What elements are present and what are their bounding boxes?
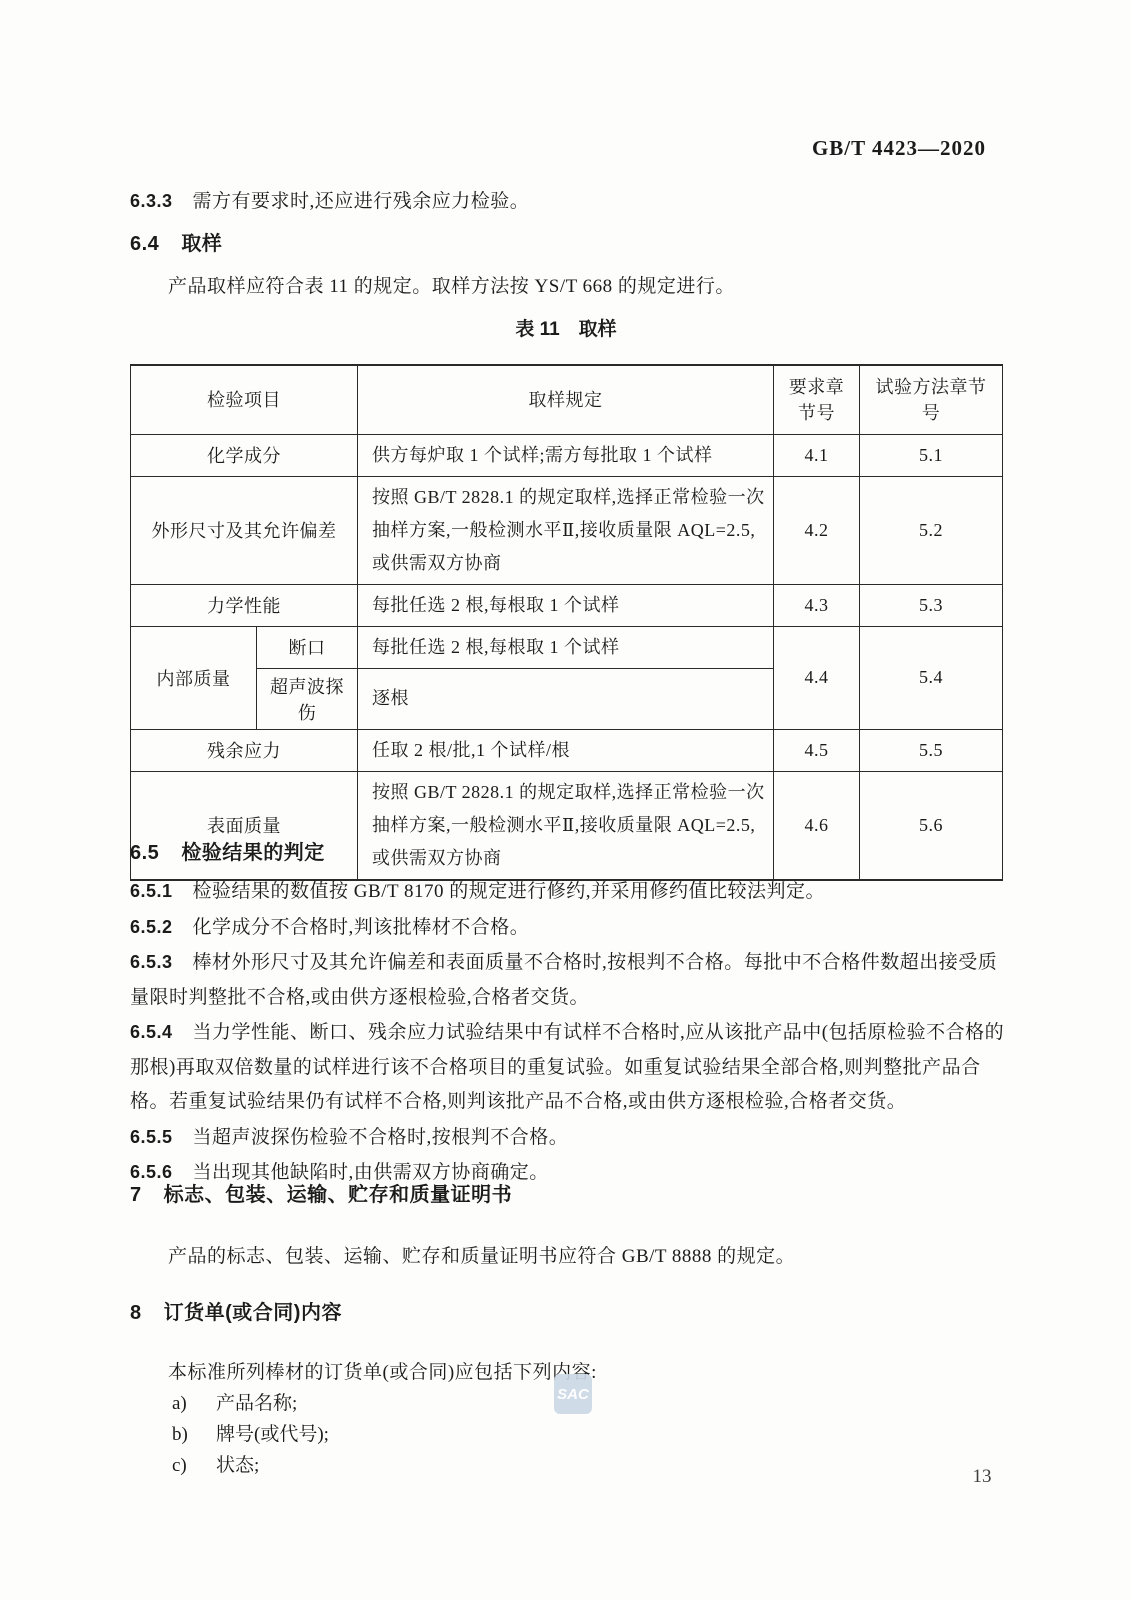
col-header-req: 要求章 节号	[774, 365, 860, 434]
table-header-row: 检验项目 取样规定 要求章 节号 试验方法章节号	[131, 365, 1003, 434]
list-text: 产品名称;	[216, 1393, 297, 1414]
list-letter: b)	[172, 1419, 216, 1450]
clause-text: 棒材外形尺寸及其允许偏差和表面质量不合格时,按根判不合格。每批中不合格件数超出接…	[130, 952, 997, 1008]
cell-sub-item: 超声波探伤	[257, 668, 358, 729]
heading-number: 7	[130, 1184, 142, 1206]
table-row: 残余应力 任取 2 根/批,1 个试样/根 4.5 5.5	[131, 729, 1003, 771]
col-header-req-line2: 节号	[798, 403, 835, 423]
clause-number: 6.5.3	[130, 952, 173, 972]
cell-sub-item: 断口	[257, 626, 358, 668]
clause-number: 6.5.1	[130, 881, 173, 901]
col-header-rule: 取样规定	[358, 365, 774, 434]
heading-number: 6.5	[130, 842, 159, 864]
cell-item: 化学成分	[131, 434, 358, 476]
cell-rule: 按照 GB/T 2828.1 的规定取样,选择正常检验一次抽样方案,一般检测水平…	[358, 771, 774, 880]
cell-method: 5.2	[860, 476, 1003, 584]
cell-item: 外形尺寸及其允许偏差	[131, 476, 358, 584]
cell-method: 5.3	[860, 584, 1003, 626]
heading-title: 标志、包装、运输、贮存和质量证明书	[164, 1184, 513, 1206]
clause-6-5-1: 6.5.1检验结果的数值按 GB/T 8170 的规定进行修约,并采用修约值比较…	[130, 874, 1010, 910]
document-page: GB/T 4423—2020 6.3.3需方有要求时,还应进行残余应力检验。 6…	[0, 0, 1131, 1600]
cell-rule: 按照 GB/T 2828.1 的规定取样,选择正常检验一次抽样方案,一般检测水平…	[358, 476, 774, 584]
cell-rule: 每批任选 2 根,每根取 1 个试样	[358, 626, 774, 668]
cell-item: 内部质量	[131, 626, 257, 729]
table-row: 力学性能 每批任选 2 根,每根取 1 个试样 4.3 5.3	[131, 584, 1003, 626]
cell-method: 5.6	[860, 771, 1003, 880]
list-item-a: a)产品名称;	[172, 1388, 1012, 1419]
heading-6-5: 6.5检验结果的判定	[130, 836, 325, 865]
clause-text: 化学成分不合格时,判该批棒材不合格。	[193, 917, 530, 938]
clause-6-5-2: 6.5.2化学成分不合格时,判该批棒材不合格。	[130, 910, 1010, 946]
para-7: 产品的标志、包装、运输、贮存和质量证明书应符合 GB/T 8888 的规定。	[168, 1240, 1010, 1274]
clause-number: 6.5.4	[130, 1022, 173, 1042]
list-text: 牌号(或代号);	[216, 1424, 329, 1445]
cell-method: 5.1	[860, 434, 1003, 476]
table-11-title: 表 11 取样	[130, 314, 1002, 341]
cell-req: 4.3	[774, 584, 860, 626]
clause-number: 6.3.3	[130, 191, 173, 211]
clause-6-3-3: 6.3.3需方有要求时,还应进行残余应力检验。	[130, 184, 1010, 219]
clause-text: 当超声波探伤检验不合格时,按根判不合格。	[193, 1127, 569, 1148]
heading-7: 7标志、包装、运输、贮存和质量证明书	[130, 1178, 512, 1207]
list-letter: c)	[172, 1450, 216, 1481]
list-item-b: b)牌号(或代号);	[172, 1419, 1012, 1450]
cell-req: 4.5	[774, 729, 860, 771]
heading-title: 检验结果的判定	[181, 842, 325, 864]
list-item-c: c)状态;	[172, 1450, 1012, 1481]
clause-text: 当力学性能、断口、残余应力试验结果中有试样不合格时,应从该批产品中(包括原检验不…	[130, 1022, 1004, 1112]
heading-8: 8订货单(或合同)内容	[130, 1296, 342, 1325]
col-header-method: 试验方法章节号	[860, 365, 1003, 434]
table-row: 化学成分 供方每炉取 1 个试样;需方每批取 1 个试样 4.1 5.1	[131, 434, 1003, 476]
page-number: 13	[960, 1466, 1004, 1488]
heading-number: 6.4	[130, 233, 159, 255]
cell-rule: 逐根	[358, 668, 774, 729]
list-letter: a)	[172, 1388, 216, 1419]
cell-rule: 任取 2 根/批,1 个试样/根	[358, 729, 774, 771]
heading-6-4: 6.4取样	[130, 227, 222, 256]
clause-6-5-5: 6.5.5当超声波探伤检验不合格时,按根判不合格。	[130, 1120, 1010, 1156]
para-6-4: 产品取样应符合表 11 的规定。取样方法按 YS/T 668 的规定进行。	[168, 270, 1010, 304]
clause-6-5-4: 6.5.4当力学性能、断口、残余应力试验结果中有试样不合格时,应从该批产品中(包…	[130, 1015, 1010, 1120]
order-content-list: a)产品名称; b)牌号(或代号); c)状态;	[172, 1388, 1012, 1481]
col-header-req-line1: 要求章	[789, 377, 845, 397]
list-text: 状态;	[216, 1455, 259, 1476]
cell-method: 5.5	[860, 729, 1003, 771]
cell-req: 4.6	[774, 771, 860, 880]
cell-req: 4.4	[774, 626, 860, 729]
table-row: 内部质量 断口 每批任选 2 根,每根取 1 个试样 4.4 5.4	[131, 626, 1003, 668]
clause-text: 需方有要求时,还应进行残余应力检验。	[193, 191, 530, 212]
sac-watermark-badge: SAC	[554, 1374, 592, 1414]
cell-rule: 每批任选 2 根,每根取 1 个试样	[358, 584, 774, 626]
table-11-sampling: 检验项目 取样规定 要求章 节号 试验方法章节号 化学成分 供方每炉取 1 个试…	[130, 364, 1003, 881]
doc-code-header: GB/T 4423—2020	[812, 136, 986, 161]
cell-req: 4.2	[774, 476, 860, 584]
heading-title: 订货单(或合同)内容	[164, 1302, 342, 1324]
clause-number: 6.5.5	[130, 1127, 173, 1147]
clause-text: 检验结果的数值按 GB/T 8170 的规定进行修约,并采用修约值比较法判定。	[193, 881, 825, 902]
cell-item: 力学性能	[131, 584, 358, 626]
clause-number: 6.5.2	[130, 917, 173, 937]
table-row: 外形尺寸及其允许偏差 按照 GB/T 2828.1 的规定取样,选择正常检验一次…	[131, 476, 1003, 584]
col-header-item: 检验项目	[131, 365, 358, 434]
cell-item: 残余应力	[131, 729, 358, 771]
heading-title: 取样	[181, 233, 222, 255]
heading-number: 8	[130, 1302, 142, 1324]
cell-method: 5.4	[860, 626, 1003, 729]
cell-rule: 供方每炉取 1 个试样;需方每批取 1 个试样	[358, 434, 774, 476]
clause-6-5-3: 6.5.3棒材外形尺寸及其允许偏差和表面质量不合格时,按根判不合格。每批中不合格…	[130, 945, 1010, 1015]
cell-req: 4.1	[774, 434, 860, 476]
clauses-6-5: 6.5.1检验结果的数值按 GB/T 8170 的规定进行修约,并采用修约值比较…	[130, 874, 1010, 1191]
